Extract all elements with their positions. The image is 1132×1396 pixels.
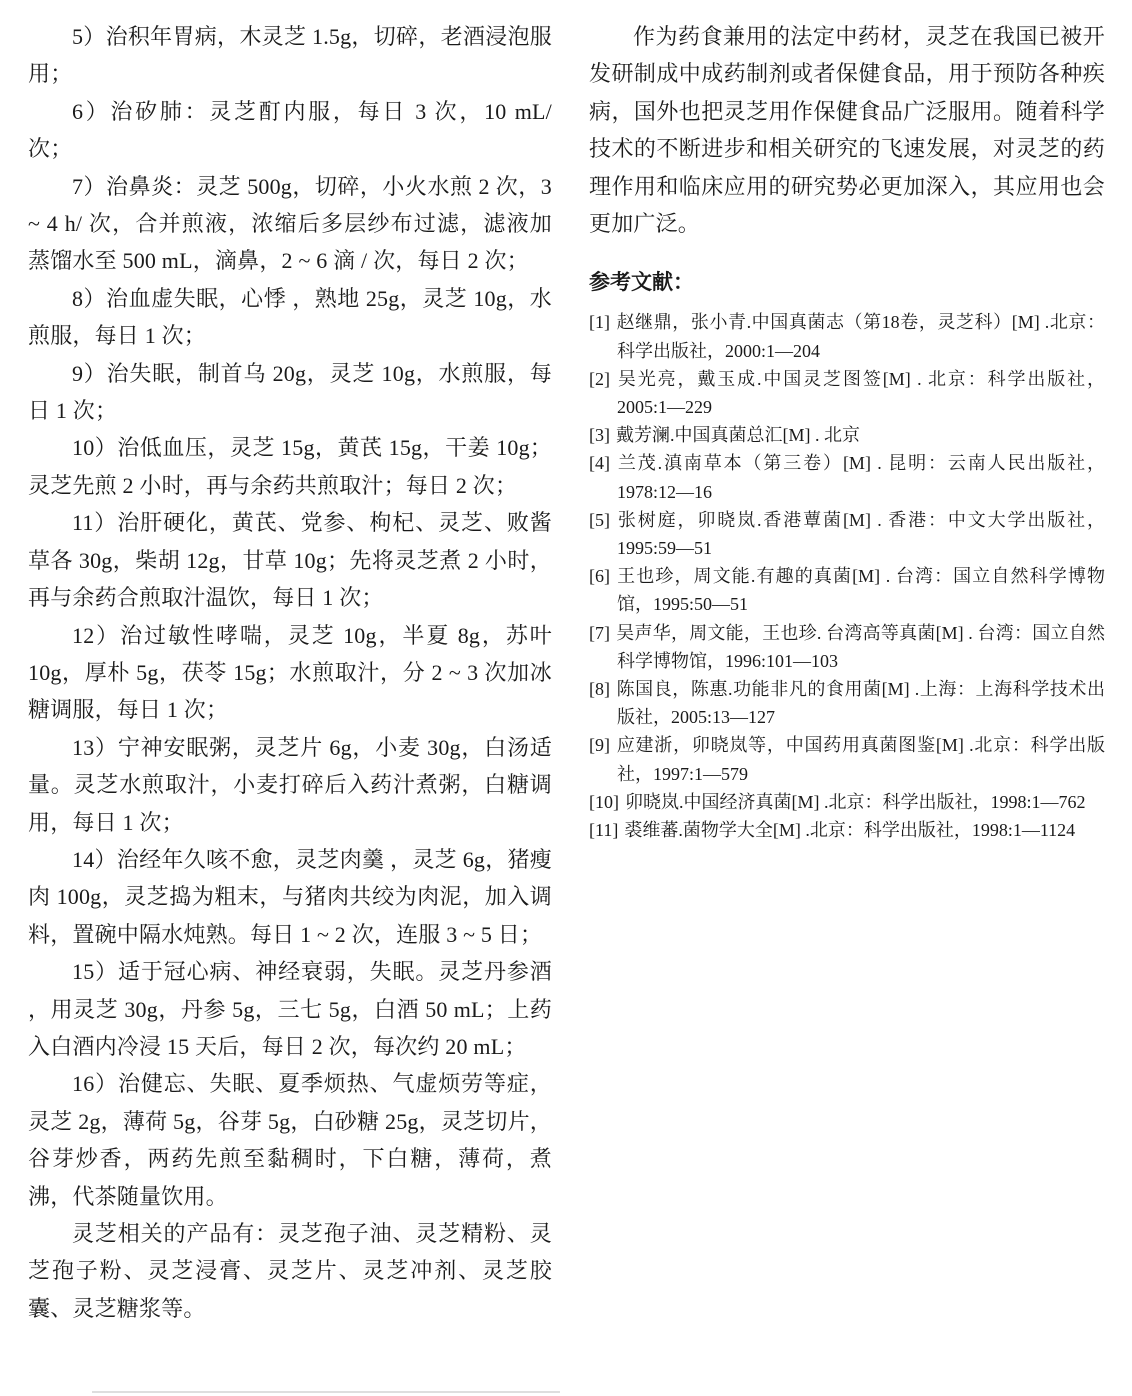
reference-text: 戴芳澜.中国真菌总汇[M] . 北京 xyxy=(616,425,860,445)
conclusion-paragraph: 作为药食兼用的法定中药材，灵芝在我国已被开发研制成中成药制剂或者保健食品，用于预… xyxy=(589,18,1105,242)
remedy-paragraph: 11）治肝硬化，黄芪、党参、枸杞、灵芝、败酱草各 30g，柴胡 12g，甘草 1… xyxy=(28,504,552,616)
reference-text: 张树庭，卯晓岚.香港蕈菌[M] . 香港：中文大学出版社，1995:59—51 xyxy=(616,510,1105,558)
reference-item: [2]吴光亮，戴玉成.中国灵芝图签[M] . 北京：科学出版社，2005:1—2… xyxy=(589,365,1105,421)
reference-text: 裘维蕃.菌物学大全[M] .北京：科学出版社，1998:1—1124 xyxy=(624,820,1075,840)
reference-label: [4] xyxy=(589,453,610,473)
reference-label: [2] xyxy=(589,369,610,389)
references-heading: 参考文献： xyxy=(589,270,1105,296)
reference-item: [1]赵继鼎，张小青.中国真菌志（第18卷，灵芝科）[M] .北京：科学出版社，… xyxy=(589,308,1105,364)
reference-label: [5] xyxy=(589,510,610,530)
document-page: 5）治积年胃病，木灵芝 1.5g，切碎，老酒浸泡服用； 6）治矽肺：灵芝酊内服，… xyxy=(0,0,1132,1396)
remedy-paragraph: 6）治矽肺：灵芝酊内服，每日 3 次，10 mL/ 次； xyxy=(28,93,552,168)
remedy-paragraph: 10）治低血压，灵芝 15g，黄芪 15g，干姜 10g；灵芝先煎 2 小时，再… xyxy=(28,429,552,504)
remedy-paragraph: 9）治失眠，制首乌 20g，灵芝 10g，水煎服，每日 1 次； xyxy=(28,355,552,430)
reference-text: 兰茂.滇南草本（第三卷）[M] . 昆明：云南人民出版社，1978:12—16 xyxy=(616,453,1105,501)
reference-text: 赵继鼎，张小青.中国真菌志（第18卷，灵芝科）[M] .北京：科学出版社，200… xyxy=(616,312,1105,360)
reference-item: [11]裘维蕃.菌物学大全[M] .北京：科学出版社，1998:1—1124 xyxy=(589,816,1105,844)
reference-item: [4]兰茂.滇南草本（第三卷）[M] . 昆明：云南人民出版社，1978:12—… xyxy=(589,449,1105,505)
reference-item: [7]吴声华，周文能，王也珍. 台湾高等真菌[M] . 台湾：国立自然科学博物馆… xyxy=(589,619,1105,675)
reference-label: [11] xyxy=(589,820,618,840)
reference-text: 吴光亮，戴玉成.中国灵芝图签[M] . 北京：科学出版社，2005:1—229 xyxy=(616,369,1105,417)
reference-item: [10]卯晓岚.中国经济真菌[M] .北京：科学出版社，1998:1—762 xyxy=(589,788,1105,816)
reference-item: [9]应建浙，卯晓岚等，中国药用真菌图鉴[M] .北京：科学出版社，1997:1… xyxy=(589,731,1105,787)
reference-text: 吴声华，周文能，王也珍. 台湾高等真菌[M] . 台湾：国立自然科学博物馆，19… xyxy=(616,623,1105,671)
reference-text: 应建浙，卯晓岚等，中国药用真菌图鉴[M] .北京：科学出版社，1997:1—57… xyxy=(616,735,1105,783)
reference-text: 王也珍，周文能.有趣的真菌[M] . 台湾：国立自然科学博物馆，1995:50—… xyxy=(616,566,1105,614)
reference-label: [1] xyxy=(589,312,610,332)
reference-item: [5]张树庭，卯晓岚.香港蕈菌[M] . 香港：中文大学出版社，1995:59—… xyxy=(589,506,1105,562)
reference-label: [6] xyxy=(589,566,610,586)
left-text-column: 5）治积年胃病，木灵芝 1.5g，切碎，老酒浸泡服用； 6）治矽肺：灵芝酊内服，… xyxy=(28,18,552,1390)
products-paragraph: 灵芝相关的产品有：灵芝孢子油、灵芝精粉、灵芝孢子粉、灵芝浸膏、灵芝片、灵芝冲剂、… xyxy=(28,1215,552,1327)
reference-item: [6]王也珍，周文能.有趣的真菌[M] . 台湾：国立自然科学博物馆，1995:… xyxy=(589,562,1105,618)
reference-item: [3]戴芳澜.中国真菌总汇[M] . 北京 xyxy=(589,421,1105,449)
remedy-paragraph: 13）宁神安眠粥，灵芝片 6g，小麦 30g，白汤适量。灵芝水煎取汁，小麦打碎后… xyxy=(28,729,552,841)
reference-label: [7] xyxy=(589,623,610,643)
right-text-column: 作为药食兼用的法定中药材，灵芝在我国已被开发研制成中成药制剂或者保健食品，用于预… xyxy=(589,18,1105,1390)
remedy-paragraph: 14）治经年久咳不愈，灵芝肉羹 ，灵芝 6g，猪瘦肉 100g，灵芝捣为粗末，与… xyxy=(28,841,552,953)
remedy-paragraph: 16）治健忘、失眠、夏季烦热、气虚烦劳等症，灵芝 2g，薄荷 5g，谷芽 5g，… xyxy=(28,1065,552,1215)
remedy-paragraph: 5）治积年胃病，木灵芝 1.5g，切碎，老酒浸泡服用； xyxy=(28,18,552,93)
reference-label: [8] xyxy=(589,679,610,699)
reference-item: [8]陈国良，陈惠.功能非凡的食用菌[M] .上海：上海科学技术出版社，2005… xyxy=(589,675,1105,731)
remedy-paragraph: 15）适于冠心病、神经衰弱，失眠。灵芝丹参酒 ，用灵芝 30g，丹参 5g，三七… xyxy=(28,953,552,1065)
remedy-paragraph: 7）治鼻炎：灵芝 500g，切碎，小火水煎 2 次，3 ~ 4 h/ 次，合并煎… xyxy=(28,168,552,280)
reference-text: 陈国良，陈惠.功能非凡的食用菌[M] .上海：上海科学技术出版社，2005:13… xyxy=(616,679,1105,727)
remedy-paragraph: 12）治过敏性哮喘，灵芝 10g，半夏 8g，苏叶 10g，厚朴 5g，茯苓 1… xyxy=(28,617,552,729)
reference-text: 卯晓岚.中国经济真菌[M] .北京：科学出版社，1998:1—762 xyxy=(625,792,1086,812)
reference-label: [10] xyxy=(589,792,619,812)
reference-label: [3] xyxy=(589,425,610,445)
reference-label: [9] xyxy=(589,735,610,755)
scan-artifact-line xyxy=(92,1391,560,1393)
remedy-paragraph: 8）治血虚失眠，心悸 ，熟地 25g，灵芝 10g，水煎服，每日 1 次； xyxy=(28,280,552,355)
